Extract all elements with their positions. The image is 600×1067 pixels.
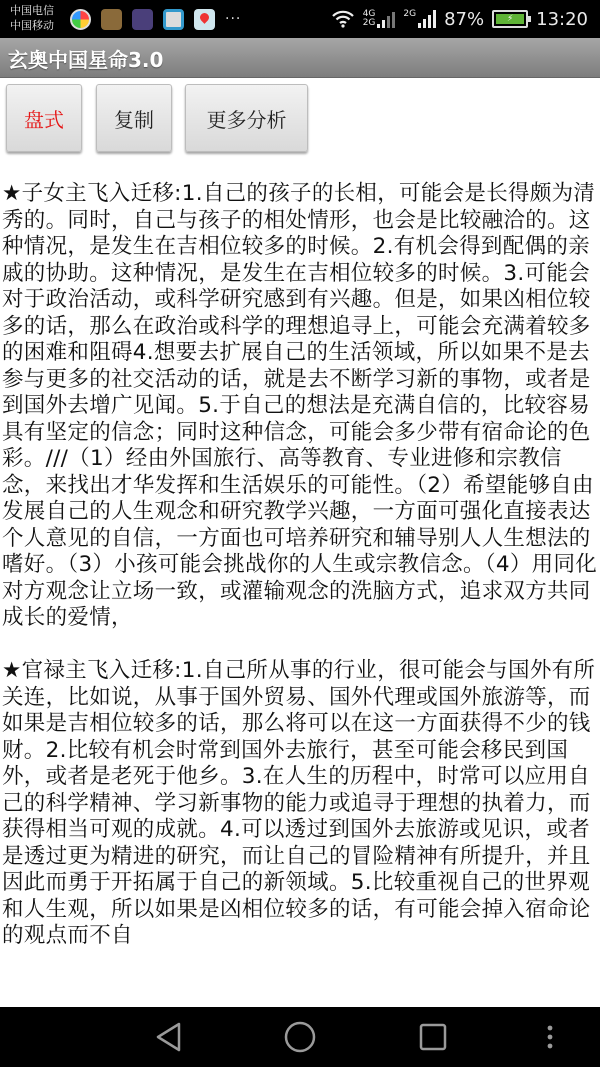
app-title: 玄奥中国星命3.0: [8, 44, 163, 73]
multicolor-app-icon: [70, 9, 91, 30]
sim1-signal-icon: 4G 2G: [363, 10, 396, 28]
carrier-1: 中国电信: [10, 3, 54, 18]
clock: 13:20: [536, 9, 588, 30]
copy-button[interactable]: 复制: [96, 84, 172, 152]
analysis-paragraph-children: ★子女主飞入迁移:1.自己的孩子的长相，可能会是长得颇为清秀的。同时，自己与孩子…: [2, 181, 598, 632]
back-button[interactable]: [148, 1019, 188, 1055]
home-circle-icon: [283, 1020, 317, 1054]
navigation-bar: [0, 1007, 600, 1067]
overflow-menu-button[interactable]: [530, 1019, 570, 1055]
wifi-icon: [331, 10, 355, 28]
sim2-signal-icon: 2G: [403, 10, 436, 28]
status-indicators: 4G 2G 2G 87% ⚡ 13:20: [331, 0, 588, 38]
usb-icon: [132, 9, 153, 30]
chart-button[interactable]: 盘式: [6, 84, 82, 152]
action-toolbar: 盘式 复制 更多分析: [0, 78, 600, 160]
health-heart-icon: [101, 9, 122, 30]
battery-percent: 87%: [444, 9, 484, 30]
carrier-names: 中国电信 中国移动: [10, 3, 54, 33]
vertical-dots-icon: [545, 1023, 555, 1051]
recent-apps-button[interactable]: [413, 1019, 453, 1055]
app-title-bar: 玄奥中国星命3.0: [0, 38, 600, 78]
analysis-paragraph-career: ★官禄主飞入迁移:1.自己所从事的行业，很可能会与国外有所关连，比如说，从事于国…: [2, 658, 598, 950]
status-bar: 中国电信 中国移动 ··· 4G 2G 2G: [0, 0, 600, 38]
map-pin-icon: [194, 9, 215, 30]
browser-icon: [163, 9, 184, 30]
more-notifications-icon: ···: [225, 9, 241, 30]
more-analysis-button[interactable]: 更多分析: [185, 84, 308, 152]
back-triangle-icon: [153, 1021, 183, 1053]
battery-charging-icon: ⚡: [492, 10, 528, 28]
notification-icons: ···: [70, 9, 241, 30]
analysis-text-area[interactable]: ★子女主飞入迁移:1.自己的孩子的长相，可能会是长得颇为清秀的。同时，自己与孩子…: [0, 175, 600, 1007]
carrier-2: 中国移动: [10, 18, 54, 33]
home-button[interactable]: [280, 1019, 320, 1055]
recent-square-icon: [418, 1022, 448, 1052]
